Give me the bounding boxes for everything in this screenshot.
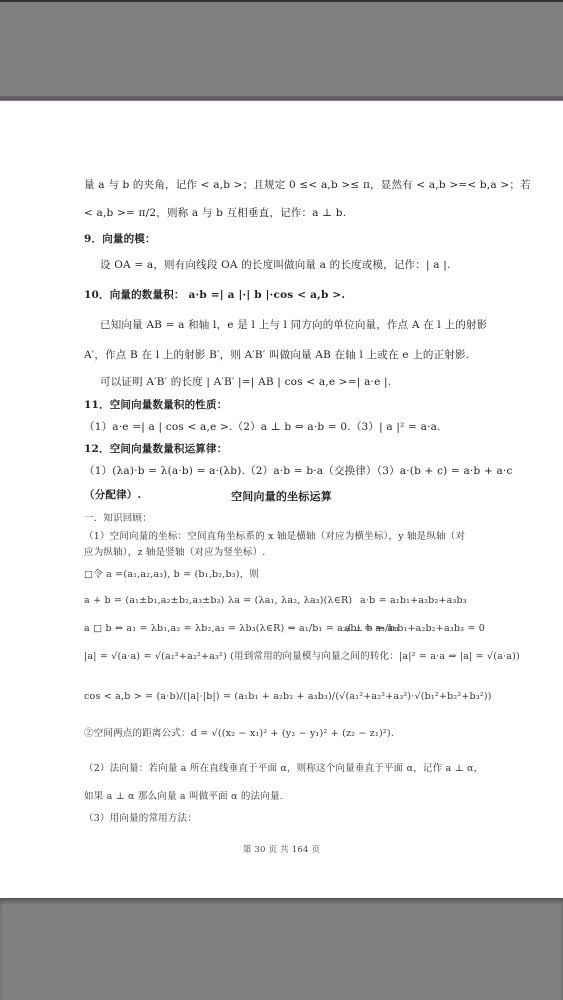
text-line: a·b = a₁b₁+a₂b₂+a₃b₃ — [360, 594, 467, 608]
page-indicator: 第 30 页 共 164 页 — [0, 843, 563, 857]
viewer-top-bar — [0, 0, 563, 100]
text-line: （1）(λa)·b = λ(a·b) = a·(λb).（2）a·b = b·a… — [84, 464, 513, 478]
text-line: □令 a =(a₁,a₂,a₃), b = (b₁,b₂,b₃)，则 — [84, 568, 259, 582]
viewer-bottom-bar — [0, 898, 563, 1000]
text-line: 设 OA = a，则有向线段 OA 的长度叫做向量 a 的长度或模，记作：| a… — [100, 258, 451, 272]
text-line: < a,b >= π/2，则称 a 与 b 互相垂直，记作：a ⊥ b. — [84, 206, 346, 220]
text-line: 10．向量的数量积： a·b =| a |·| b |·cos < a,b >. — [84, 288, 345, 302]
text-line: 12．空间向量数量积运算律： — [84, 442, 227, 456]
text-line: （1）a·e =| a | cos < a,e >.（2）a ⊥ b ⇔ a·b… — [84, 420, 441, 434]
text-line: A′，作点 B 在 l 上的射影 B′，则 A′B′ 叫做向量 AB 在轴 l … — [84, 348, 469, 362]
text-line: （2）法向量：若向量 a 所在直线垂直于平面 α，则称这个向量垂直于平面 α，记… — [84, 762, 483, 776]
text-line: 9．向量的模： — [84, 232, 156, 246]
text-line: 应为纵轴），z 轴是竖轴（对应为竖坐标）. — [84, 546, 266, 560]
section-title: 空间向量的坐标运算 — [0, 490, 563, 504]
text-line: ②空间两点的距离公式：d = √((x₂ − x₁)² + (y₂ − y₁)²… — [84, 727, 394, 741]
text-line: 如果 a ⊥ α 那么向量 a 叫做平面 α 的法向量. — [84, 790, 283, 804]
text-line: cos < a,b > = (a·b)/(|a|·|b|) = (a₁b₁ + … — [84, 690, 492, 704]
top-bar-shadow — [0, 96, 563, 100]
text-line: （1）空间向量的坐标：空间直角坐标系的 x 轴是横轴（对应为横坐标），y 轴是纵… — [84, 530, 465, 544]
text-line: |a| = √(a·a) = √(a₁²+a₂²+a₃²) (用到常用的向量模与… — [84, 650, 520, 664]
text-line: 可以证明 A′B′ 的长度 | A′B′ |=| AB | cos < a,e … — [100, 375, 391, 389]
text-line: （3）用向量的常用方法： — [84, 812, 197, 826]
text-line: 已知向量 AB = a 和轴 l，e 是 l 上与 l 同方向的单位向量，作点 … — [100, 318, 487, 332]
text-line: 量 a 与 b 的夹角，记作 < a,b >；且规定 0 ≤< a,b >≤ π… — [84, 178, 531, 192]
text-line: λa = (λa₁, λa₂, λa₃)(λ∈R) — [228, 594, 352, 608]
text-line: 一．知识回顾： — [84, 512, 152, 526]
text-line: a ⊥ b ⇔ a₁b₁+a₂b₂+a₃b₃ = 0 — [345, 622, 485, 636]
text-line: a + b = (a₁±b₁,a₂±b₂,a₃±b₃) — [84, 594, 225, 608]
text-line: 11．空间向量数量积的性质： — [84, 398, 227, 412]
